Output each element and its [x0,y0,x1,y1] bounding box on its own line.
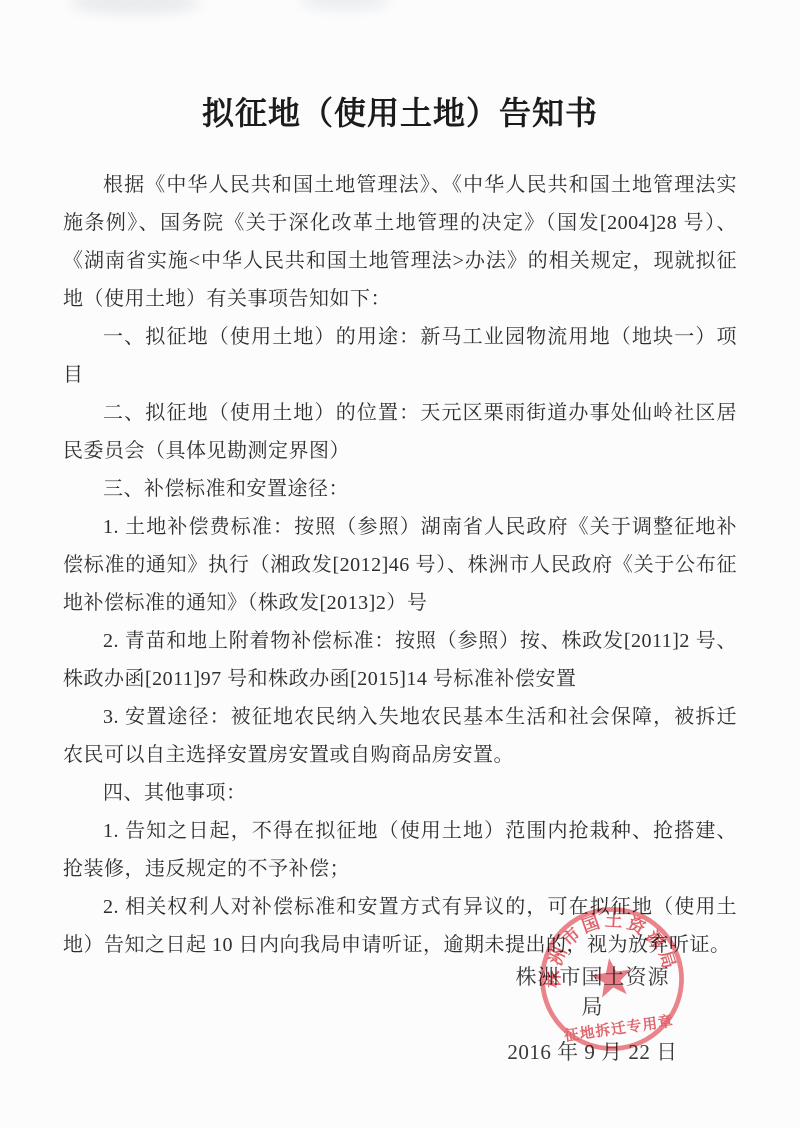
paragraph-item-3-1: 1. 土地补偿费标准：按照（参照）湖南省人民政府《关于调整征地补偿标准的通知》执… [63,508,737,622]
paragraph-item-4-1: 1. 告知之日起，不得在拟征地（使用土地）范围内抢栽种、抢搭建、抢装修，违反规定… [63,812,737,888]
scanned-notice-page: 拟征地（使用土地）告知书 根据《中华人民共和国土地管理法》、《中华人民共和国土地… [0,0,800,1128]
paragraph-item-4-head: 四、其他事项： [63,774,737,812]
paragraph-item-3-3: 3. 安置途径：被征地农民纳入失地农民基本生活和社会保障，被拆迁农民可以自主选择… [63,698,737,774]
paragraph-item-4-2: 2. 相关权利人对补偿标准和安置方式有异议的，可在拟征地（使用土地）告知之日起 … [63,888,737,964]
scan-smudge [70,0,200,14]
paragraph-item-3-2: 2. 青苗和地上附着物补偿标准：按照（参照）按、株政发[2011]2 号、株政办… [63,622,737,698]
signature-date: 2016 年 9 月 22 日 [505,1036,680,1066]
paragraph-item-2-loc: 二、拟征地（使用土地）的位置：天元区栗雨街道办事处仙岭社区居民委员会（具体见勘测… [63,394,737,470]
scan-smudge [300,0,390,10]
signature-block: 株洲市国土资源局 2016 年 9 月 22 日 [505,961,680,1066]
document-body: 根据《中华人民共和国土地管理法》、《中华人民共和国土地管理法实施条例》、国务院《… [63,166,737,964]
signature-agency: 株洲市国土资源局 [505,961,680,1021]
paragraph-item-3-head: 三、补偿标准和安置途径： [63,470,737,508]
paragraph-intro: 根据《中华人民共和国土地管理法》、《中华人民共和国土地管理法实施条例》、国务院《… [63,166,737,318]
document-title: 拟征地（使用土地）告知书 [0,88,800,134]
paragraph-item-1-use: 一、拟征地（使用土地）的用途：新马工业园物流用地（地块一）项目 [63,318,737,394]
